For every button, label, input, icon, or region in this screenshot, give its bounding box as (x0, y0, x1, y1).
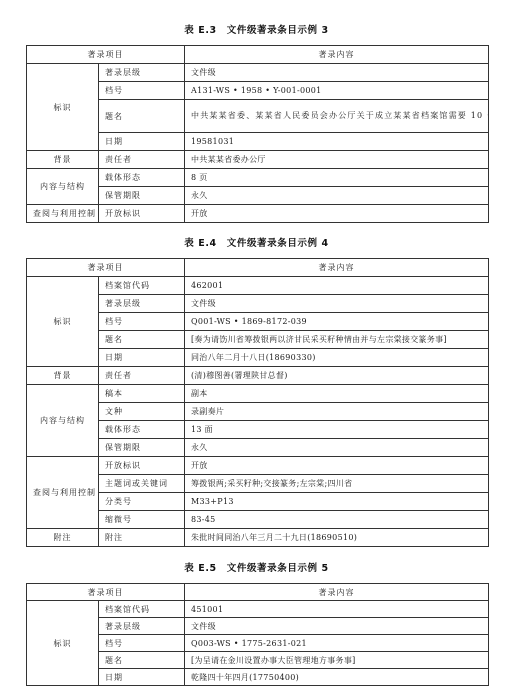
caption-number: 表 E.5 (184, 563, 217, 574)
caption-number: 表 E.3 (184, 25, 217, 36)
value-cell: 83-45 (185, 511, 489, 529)
category-cell: 标识 (27, 64, 99, 151)
category-cell: 查阅与利用控制 (27, 205, 99, 223)
header-content: 著录内容 (185, 46, 489, 64)
item-cell: 保管期限 (99, 439, 185, 457)
value-cell: 副本 (185, 385, 489, 403)
value-cell: 文件级 (185, 64, 489, 82)
table-caption-e4: 表 E.4文件级著录条目示例 4 (0, 235, 513, 249)
item-cell: 档号 (99, 82, 185, 100)
table-header-row: 著录项目 著录内容 (27, 584, 489, 601)
table-row: 内容与结构 稿本 副本 (27, 385, 489, 403)
table-header-row: 著录项目 著录内容 (27, 259, 489, 277)
table-row: 标识 著录层级 文件级 (27, 64, 489, 82)
item-cell: 开放标识 (99, 205, 185, 223)
value-cell: 19581031 (185, 133, 489, 151)
item-cell: 保管期限 (99, 187, 185, 205)
header-item: 著录项目 (27, 259, 185, 277)
header-content: 著录内容 (185, 259, 489, 277)
item-cell: 载体形态 (99, 421, 185, 439)
value-cell: 开放 (185, 205, 489, 223)
item-cell: 著录层级 (99, 618, 185, 635)
value-cell: 文件级 (185, 618, 489, 635)
caption-title: 文件级著录条目示例 3 (227, 25, 329, 36)
value-cell: (清)穆图善(署理陕甘总督) (185, 367, 489, 385)
table-row: 查阅与利用控制 开放标识 开放 (27, 457, 489, 475)
table-row: 附注 附注 朱批时间同治八年三月二十九日(18690510) (27, 529, 489, 547)
item-cell: 责任者 (99, 367, 185, 385)
value-cell: 录副奏片 (185, 403, 489, 421)
category-cell: 背景 (27, 367, 99, 385)
header-item: 著录项目 (27, 46, 185, 64)
record-table-e3: 著录项目 著录内容 标识 著录层级 文件级 档号 A131-WS • 1958 … (26, 45, 489, 223)
record-table-e4: 著录项目 著录内容 标识 档案馆代码 462001 著录层级 文件级 档号 Q0… (26, 258, 489, 547)
value-cell: 永久 (185, 439, 489, 457)
value-cell: 朱批时间同治八年三月二十九日(18690510) (185, 529, 489, 547)
item-cell: 题名 (99, 100, 185, 133)
record-table-e5: 著录项目 著录内容 标识 档案馆代码 451001 著录层级 文件级 档号 Q0… (26, 583, 489, 686)
value-cell: 开放 (185, 457, 489, 475)
value-cell: 筹拨银两;采买籽种;交接篆务;左宗棠;四川省 (185, 475, 489, 493)
value-cell: A131-WS • 1958 • Y-001-0001 (185, 82, 489, 100)
category-cell: 内容与结构 (27, 385, 99, 457)
header-content: 著录内容 (185, 584, 489, 601)
value-cell: 13 面 (185, 421, 489, 439)
value-cell: Q001-WS • 1869-8172-039 (185, 313, 489, 331)
item-cell: 档号 (99, 313, 185, 331)
category-cell: 内容与结构 (27, 169, 99, 205)
item-cell: 分类号 (99, 493, 185, 511)
item-cell: 档号 (99, 635, 185, 652)
table-row: 背景 责任者 (清)穆图善(署理陕甘总督) (27, 367, 489, 385)
category-cell: 查阅与利用控制 (27, 457, 99, 529)
table-row: 背景 责任者 中共某某省委办公厅 (27, 151, 489, 169)
header-item: 著录项目 (27, 584, 185, 601)
table-row: 内容与结构 载体形态 8 页 (27, 169, 489, 187)
item-cell: 档案馆代码 (99, 277, 185, 295)
value-cell: 451001 (185, 601, 489, 618)
category-cell: 背景 (27, 151, 99, 169)
value-cell: 文件级 (185, 295, 489, 313)
value-cell: [奏为请饬川省筹拨银两以济甘民采买籽种情由并与左宗棠接交篆务事] (185, 331, 489, 349)
category-cell: 标识 (27, 601, 99, 686)
item-cell: 日期 (99, 133, 185, 151)
caption-title: 文件级著录条目示例 4 (227, 238, 329, 249)
item-cell: 题名 (99, 331, 185, 349)
category-cell: 标识 (27, 277, 99, 367)
value-cell: 中共某某省委办公厅 (185, 151, 489, 169)
value-cell: M33+P13 (185, 493, 489, 511)
item-cell: 主题词或关键词 (99, 475, 185, 493)
item-cell: 附注 (99, 529, 185, 547)
caption-number: 表 E.4 (184, 238, 217, 249)
item-cell: 载体形态 (99, 169, 185, 187)
value-cell: 永久 (185, 187, 489, 205)
item-cell: 日期 (99, 349, 185, 367)
item-cell: 开放标识 (99, 457, 185, 475)
value-cell: 同治八年二月十八日(18690330) (185, 349, 489, 367)
item-cell: 文种 (99, 403, 185, 421)
value-cell: Q003-WS • 1775-2631-021 (185, 635, 489, 652)
table-caption-e3: 表 E.3文件级著录条目示例 3 (0, 22, 513, 36)
item-cell: 缩微号 (99, 511, 185, 529)
table-caption-e5: 表 E.5文件级著录条目示例 5 (0, 560, 513, 574)
value-cell: 8 页 (185, 169, 489, 187)
category-cell: 附注 (27, 529, 99, 547)
item-cell: 题名 (99, 652, 185, 669)
item-cell: 著录层级 (99, 64, 185, 82)
value-cell: 乾隆四十年四月(17750400) (185, 669, 489, 686)
item-cell: 著录层级 (99, 295, 185, 313)
value-cell: [为呈请在金川设置办事大臣管理地方事务事] (185, 652, 489, 669)
item-cell: 档案馆代码 (99, 601, 185, 618)
table-row: 标识 档案馆代码 451001 (27, 601, 489, 618)
table-header-row: 著录项目 著录内容 (27, 46, 489, 64)
value-cell: 462001 (185, 277, 489, 295)
item-cell: 责任者 (99, 151, 185, 169)
value-cell: 中共某某省委、某某省人民委员会办公厅关于成立某某省档案馆需要 10 个编制的报告 (185, 100, 489, 133)
table-row: 标识 档案馆代码 462001 (27, 277, 489, 295)
caption-title: 文件级著录条目示例 5 (227, 563, 329, 574)
item-cell: 稿本 (99, 385, 185, 403)
item-cell: 日期 (99, 669, 185, 686)
table-row: 查阅与利用控制 开放标识 开放 (27, 205, 489, 223)
